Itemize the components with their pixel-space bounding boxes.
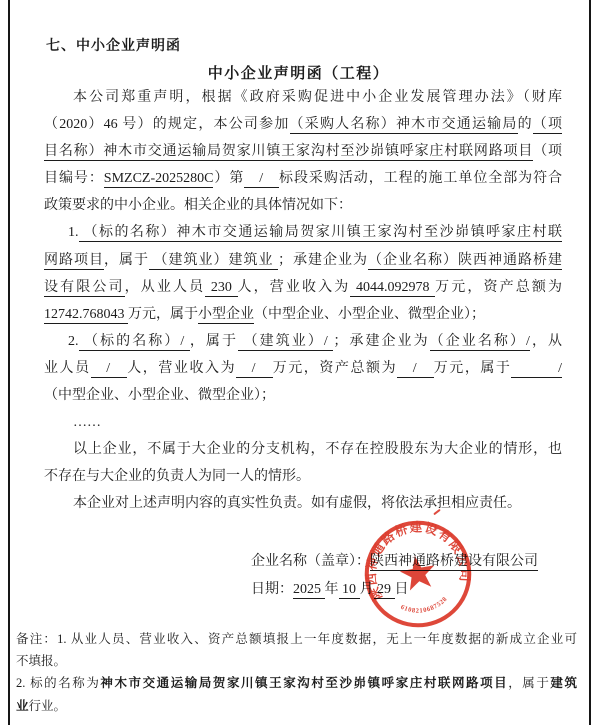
text-segment: 年	[325, 582, 339, 597]
text-segment: 230	[205, 280, 237, 297]
body-line: （2020）46 号）的规定，本公司参加（采购人名称）神木市交通运输局的（项	[44, 111, 562, 138]
text-segment: 企业名称（盖章）：	[251, 554, 370, 569]
body-line: 业人员 / 人，营业收入为 / 万元，资产总额为 / 万元，属于 /	[44, 355, 562, 382]
text-segment: /	[244, 171, 279, 188]
text-segment: （企业名称）陕西神通路桥建	[368, 253, 562, 270]
text-segment: 10	[339, 582, 360, 599]
text-segment: 本公司郑重声明，根据《政府采购促进中小企业发展管理办法》（财库	[73, 90, 562, 105]
text-segment: 日期：	[251, 582, 293, 597]
text-segment: 万元，资产总额为	[435, 280, 562, 295]
body-line: 12742.768043 万元，属于小型企业（中型企业、小型企业、微型企业）；	[44, 301, 562, 328]
text-segment: 行业。	[29, 699, 67, 713]
text-segment: SMZCZ-2025280C	[104, 171, 214, 188]
note-line: 不填报。	[16, 650, 577, 672]
text-segment: 神木市交通运输局贺家川镇王家沟村至沙峁镇呼家庄村联网路项目	[100, 676, 508, 690]
text-segment: 目编号：	[44, 171, 104, 186]
text-segment: （建筑业）/	[238, 334, 333, 351]
text-segment: ，属于	[508, 676, 550, 690]
text-segment: /	[511, 361, 562, 378]
body-line: 目编号：SMZCZ-2025280C）第 / 标段采购活动，工程的施工单位全部为…	[44, 165, 562, 192]
body-line: 目名称）神木市交通运输局贺家川镇王家沟村至沙峁镇呼家庄村联网路项目（项	[44, 138, 562, 165]
text-segment: ；承建企业为	[278, 253, 368, 268]
body-line: 2. （标的名称）/ ，属于 （建筑业）/ ；承建企业为（企业名称）/，从	[44, 328, 562, 355]
text-segment: 1.	[68, 225, 79, 240]
svg-text:陕西神通路桥建设有限公司: 陕西神通路桥建设有限公司	[354, 510, 474, 603]
text-segment: 不填报。	[16, 654, 66, 668]
text-segment: 政策要求的中小企业。相关企业的具体情况如下：	[44, 198, 352, 213]
page-border-left	[8, 0, 10, 725]
company-seal: 陕西神通路桥建设有限公司 6108210687528	[351, 507, 485, 641]
notes-block: 备注：1. 从业人员、营业收入、资产总额填报上一年度数据，无上一年度数据的新成立…	[16, 628, 577, 717]
text-segment: 万元，属于	[434, 361, 512, 376]
text-segment: /	[91, 361, 128, 378]
note-line: 备注：1. 从业人员、营业收入、资产总额填报上一年度数据，无上一年度数据的新成立…	[16, 628, 577, 650]
text-segment: 网路项目	[44, 253, 104, 270]
text-segment: （中型企业、小型企业、微型企业）；	[44, 388, 275, 403]
text-segment: ；承建企业为	[333, 334, 429, 349]
body-line: 不存在与大企业的负责人为同一人的情形。	[44, 463, 562, 490]
seal-company-text: 陕西神通路桥建设有限公司	[354, 510, 474, 603]
text-segment: 2.	[68, 334, 79, 349]
body-line: （中型企业、小型企业、微型企业）；	[44, 382, 562, 409]
text-segment: 备注：1. 从业人员、营业收入、资产总额填报上一年度数据，无上一年度数据的新成立…	[16, 632, 577, 646]
text-segment: 4044.092978	[350, 280, 435, 297]
text-segment: （标的名称）/	[79, 334, 190, 351]
body-line: 政策要求的中小企业。相关企业的具体情况如下：	[44, 192, 562, 219]
svg-text:6108210687528: 6108210687528	[398, 595, 450, 618]
text-segment: ……	[73, 415, 101, 430]
text-segment: （建筑业）建筑业	[149, 253, 278, 270]
text-segment: 设有限公司	[44, 280, 125, 297]
body-line: 本企业对上述声明内容的真实性负责。如有虚假，将依法承担相应责任。	[44, 490, 562, 517]
text-segment: 目名称）神木市交通运输局贺家川镇王家沟村至沙峁镇呼家庄村联网路项目	[44, 144, 533, 161]
body-line: ……	[44, 409, 562, 436]
text-segment: 建筑	[550, 676, 577, 690]
seal-number-text: 6108210687528	[398, 595, 450, 618]
text-segment: ，属于	[190, 334, 238, 349]
body-line: 1. （标的名称）神木市交通运输局贺家川镇王家沟村至沙峁镇呼家庄村联	[44, 219, 562, 246]
text-segment: ）第	[213, 171, 244, 186]
text-segment: 2025	[293, 582, 325, 599]
text-segment: ，从业人员	[125, 280, 206, 295]
document-page: 七、中小企业声明函 中小企业声明函（工程） 本公司郑重声明，根据《政府采购促进中…	[0, 0, 597, 725]
body-line: 设有限公司，从业人员 230 人，营业收入为 4044.092978 万元，资产…	[44, 274, 562, 301]
text-segment: （项	[533, 144, 562, 159]
note-line: 业行业。	[16, 695, 577, 717]
text-segment: 不存在与大企业的负责人为同一人的情形。	[44, 469, 310, 484]
text-segment: 标段采购活动，工程的施工单位全部为符合	[279, 171, 562, 186]
star-icon	[398, 553, 438, 592]
body-line: 以上企业，不属于大企业的分支机构，不存在控股股东为大企业的情形，也	[44, 436, 562, 463]
text-segment: 人，营业收入为	[238, 280, 351, 295]
text-segment: 以上企业，不属于大企业的分支机构，不存在控股股东为大企业的情形，也	[73, 442, 562, 457]
text-segment: 小型企业	[198, 307, 254, 324]
text-segment: 万元，属于	[128, 307, 198, 322]
declaration-body: 本公司郑重声明，根据《政府采购促进中小企业发展管理办法》（财库（2020）46 …	[44, 84, 562, 518]
text-segment: （2020）46 号）的规定，本公司参加	[44, 117, 290, 132]
text-segment: /	[236, 361, 273, 378]
text-segment: （中型企业、小型企业、微型企业）；	[254, 307, 485, 322]
text-segment: /	[397, 361, 434, 378]
note-line: 2. 标的名称为神木市交通运输局贺家川镇王家沟村至沙峁镇呼家庄村联网路项目，属于…	[16, 672, 577, 694]
text-segment: ，从	[530, 334, 562, 349]
body-line: 网路项目，属于 （建筑业）建筑业 ；承建企业为（企业名称）陕西神通路桥建	[44, 247, 562, 274]
text-segment: 12742.768043	[44, 307, 128, 324]
section-heading: 七、中小企业声明函	[46, 35, 181, 55]
text-segment: （项	[533, 117, 562, 134]
text-segment: 2. 标的名称为	[16, 676, 100, 690]
body-line: 本公司郑重声明，根据《政府采购促进中小企业发展管理办法》（财库	[44, 84, 562, 111]
document-title: 中小企业声明函（工程）	[0, 62, 597, 83]
text-segment: （企业名称）/	[430, 334, 530, 351]
text-segment: 的	[518, 117, 533, 132]
text-segment: 万元，资产总额为	[273, 361, 397, 376]
text-segment: 业	[16, 699, 29, 713]
page-border-right	[589, 0, 591, 725]
text-segment: ，属于	[104, 253, 149, 268]
text-segment: 人，营业收入为	[127, 361, 236, 376]
text-segment: （标的名称）神木市交通运输局贺家川镇王家沟村至沙峁镇呼家庄村联	[79, 225, 563, 242]
text-segment: 业人员	[44, 361, 91, 376]
text-segment: （采购人名称）神木市交通运输局	[290, 117, 518, 134]
